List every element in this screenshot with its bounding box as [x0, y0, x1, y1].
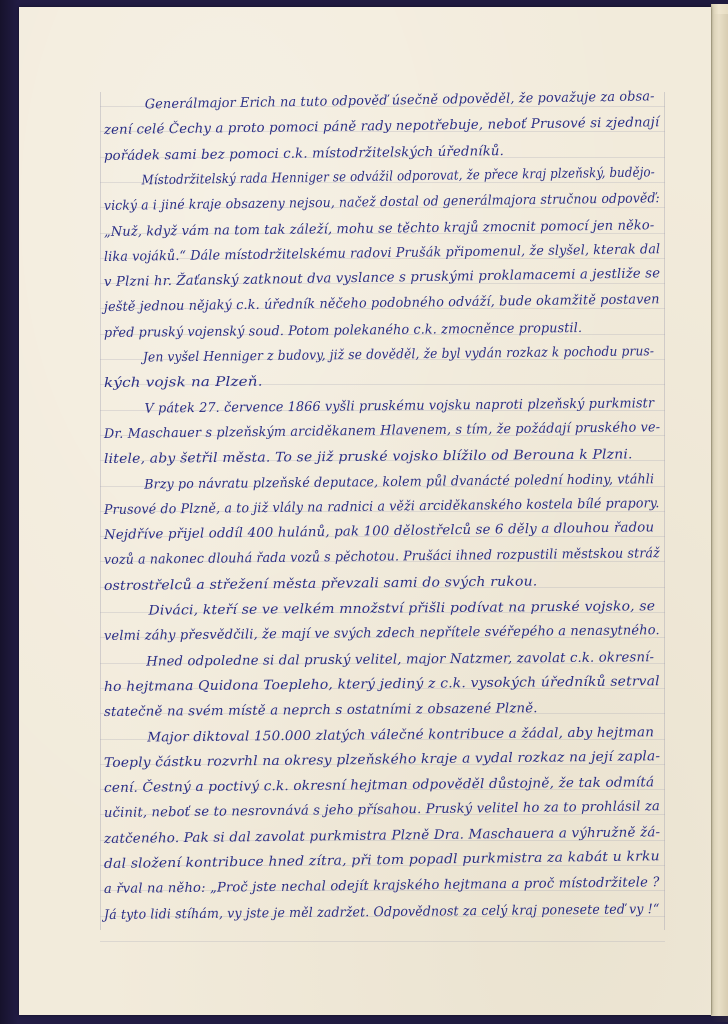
page-fold-shadow: [712, 14, 728, 1022]
ruled-line: [100, 941, 665, 942]
handwritten-line: kých vojsk na Plzeň.: [104, 375, 263, 391]
